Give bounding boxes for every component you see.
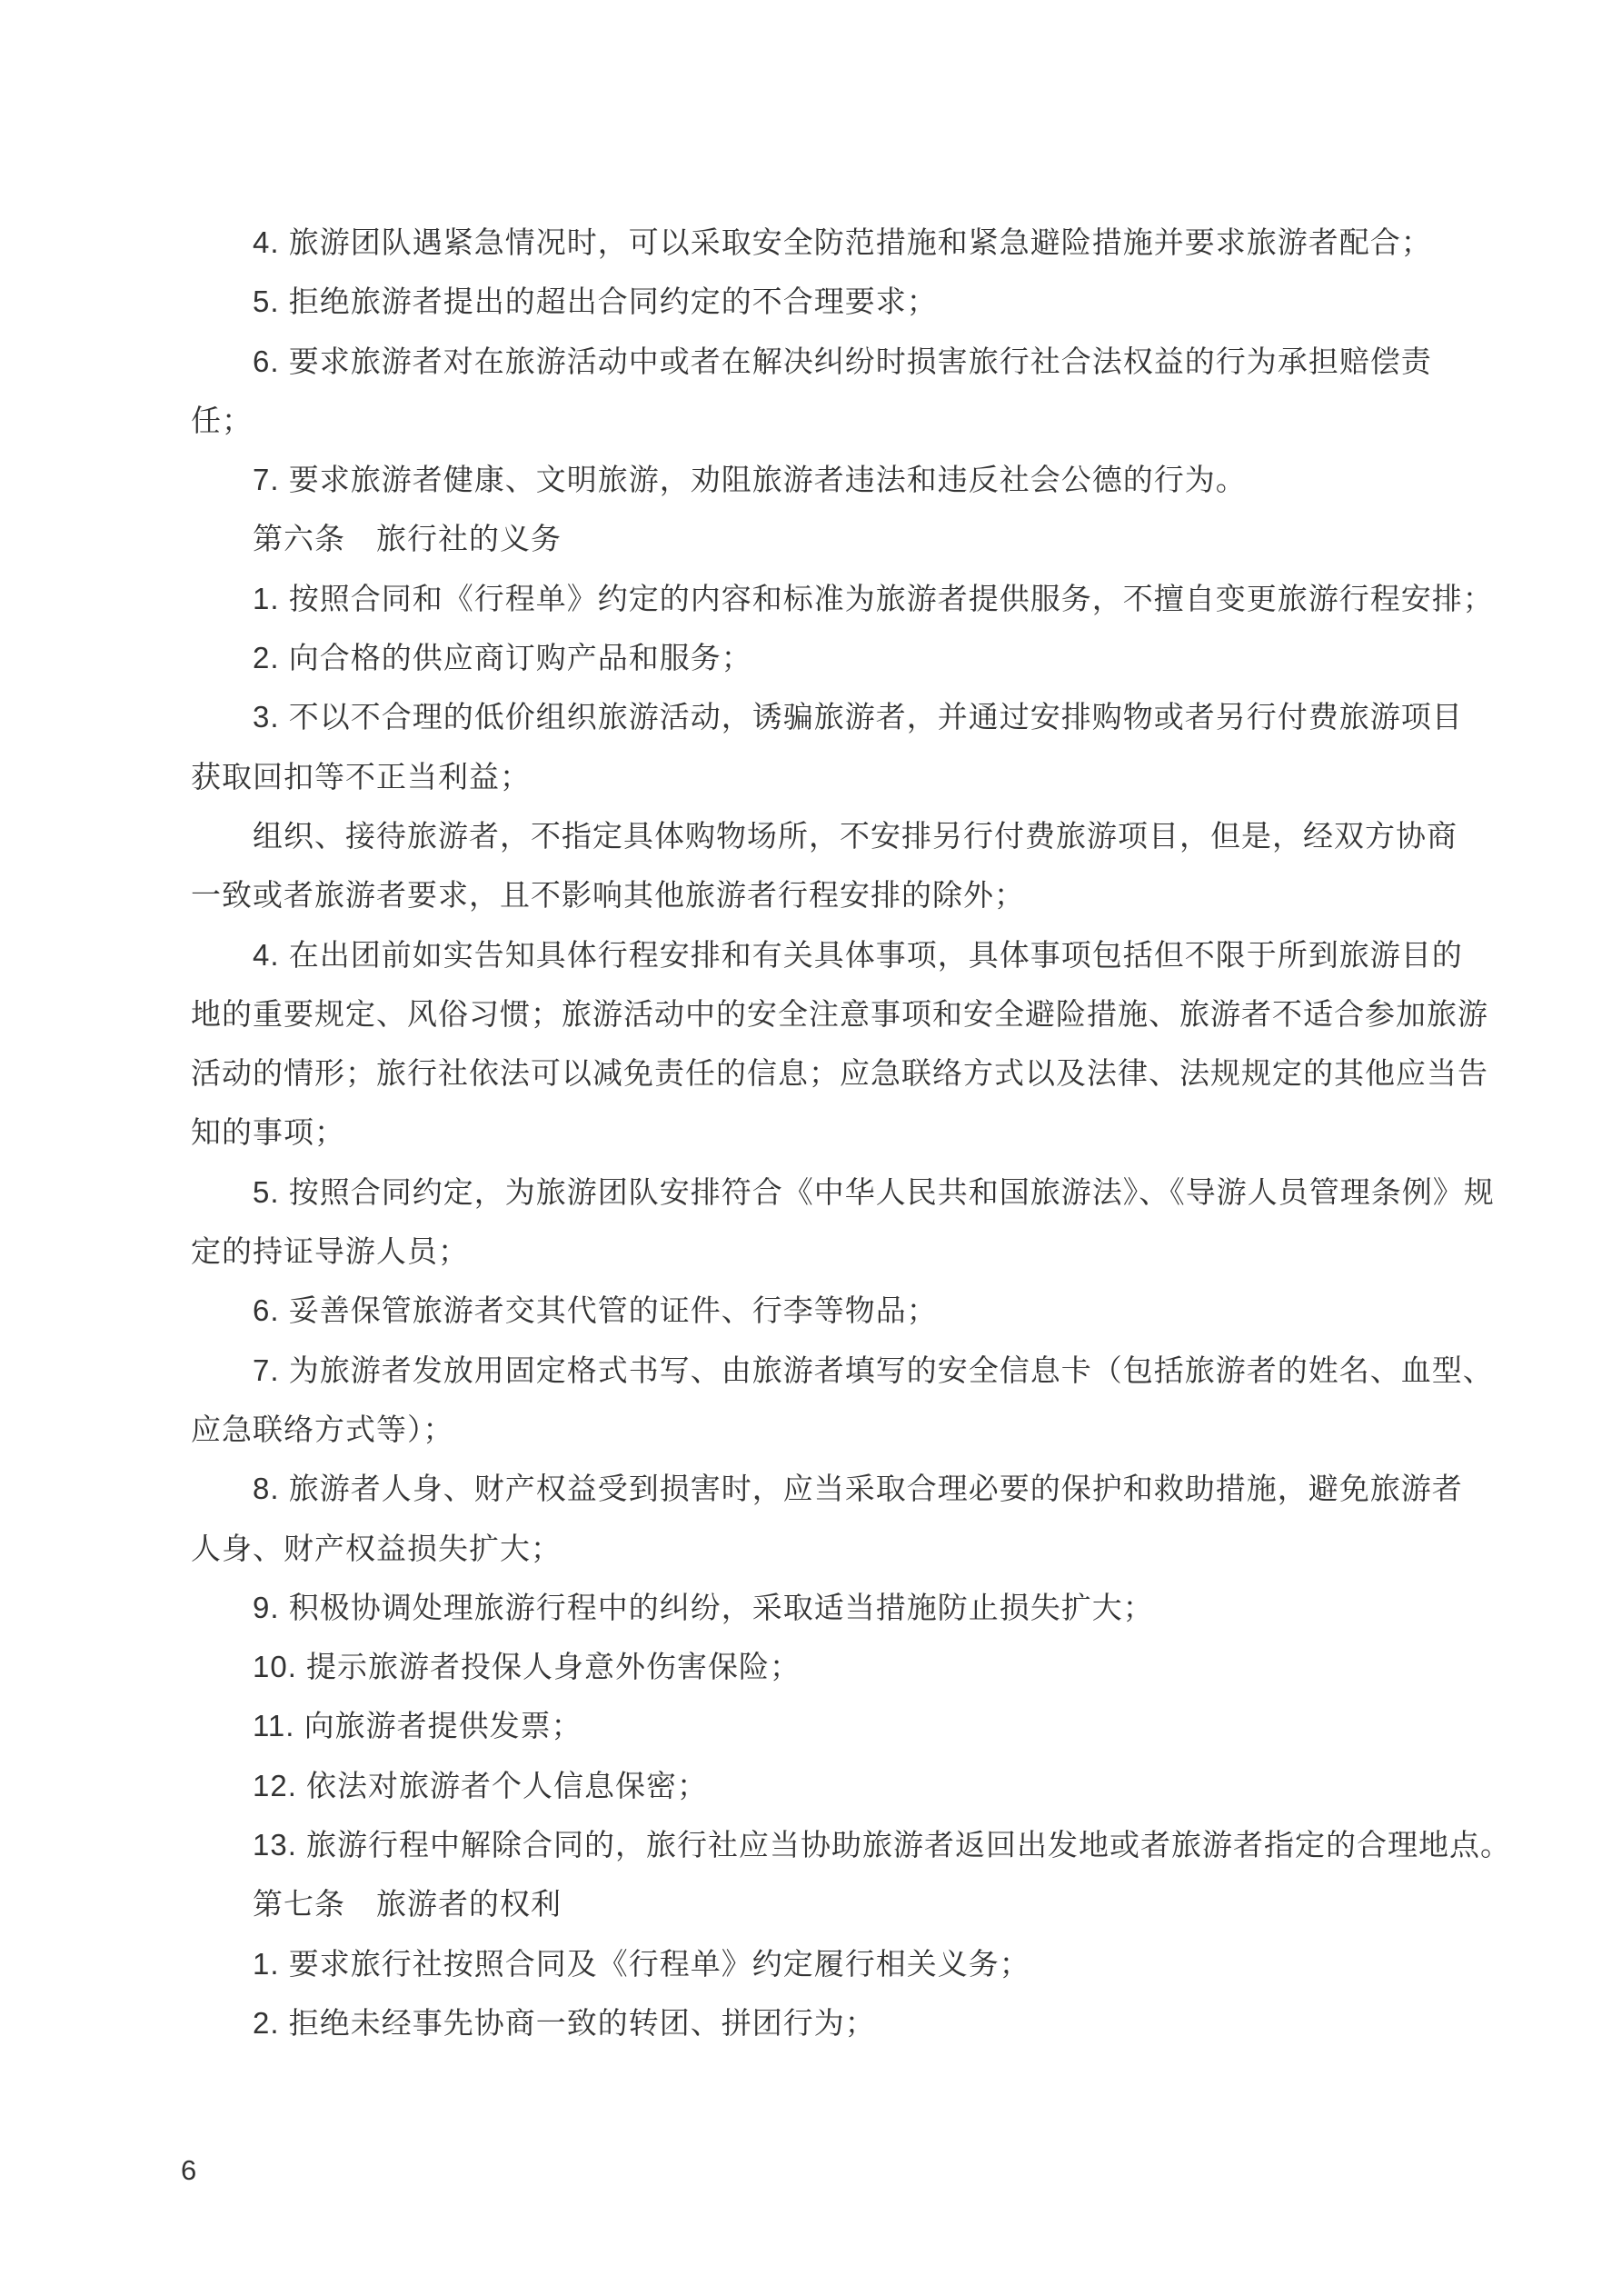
text-line: 4. 旅游团队遇紧急情况时，可以采取安全防范措施和紧急避险措施并要求旅游者配合； (191, 213, 1432, 272)
text-line: 2. 向合格的供应商订购产品和服务； (191, 628, 1432, 687)
text-line: 9. 积极协调处理旅游行程中的纠纷，采取适当措施防止损失扩大； (191, 1578, 1432, 1637)
text-line: 应急联络方式等）； (191, 1400, 1432, 1459)
text-line: 组织、接待旅游者，不指定具体购物场所，不安排另行付费旅游项目，但是，经双方协商 (191, 806, 1432, 865)
text-line: 7. 为旅游者发放用固定格式书写、由旅游者填写的安全信息卡（包括旅游者的姓名、血… (191, 1341, 1432, 1400)
text-line: 8. 旅游者人身、财产权益受到损害时，应当采取合理必要的保护和救助措施，避免旅游… (191, 1459, 1432, 1518)
text-line: 任； (191, 391, 1432, 450)
text-line: 12. 依法对旅游者个人信息保密； (191, 1756, 1432, 1815)
text-line: 定的持证导游人员； (191, 1222, 1432, 1281)
text-line: 10. 提示旅游者投保人身意外伤害保险； (191, 1637, 1432, 1696)
text-line: 1. 按照合同和《行程单》约定的内容和标准为旅游者提供服务，不擅自变更旅游行程安… (191, 569, 1432, 628)
text-line: 11. 向旅游者提供发票； (191, 1696, 1432, 1755)
text-line: 人身、财产权益损失扩大； (191, 1519, 1432, 1578)
text-line: 5. 拒绝旅游者提出的超出合同约定的不合理要求； (191, 272, 1432, 331)
text-line: 5. 按照合同约定，为旅游团队安排符合《中华人民共和国旅游法》、《导游人员管理条… (191, 1163, 1432, 1222)
text-line: 6. 妥善保管旅游者交其代管的证件、行李等物品； (191, 1281, 1432, 1340)
text-line: 2. 拒绝未经事先协商一致的转团、拼团行为； (191, 1993, 1432, 2052)
text-line: 7. 要求旅游者健康、文明旅游，劝阻旅游者违法和违反社会公德的行为。 (191, 450, 1432, 509)
text-line: 1. 要求旅行社按照合同及《行程单》约定履行相关义务； (191, 1934, 1432, 1993)
document-page: 4. 旅游团队遇紧急情况时，可以采取安全防范措施和紧急避险措施并要求旅游者配合；… (0, 0, 1622, 2296)
text-line: 13. 旅游行程中解除合同的，旅行社应当协助旅游者返回出发地或者旅游者指定的合理… (191, 1815, 1432, 1874)
text-line: 获取回扣等不正当利益； (191, 747, 1432, 806)
text-line: 一致或者旅游者要求，且不影响其他旅游者行程安排的除外； (191, 865, 1432, 924)
text-line: 活动的情形；旅行社依法可以减免责任的信息；应急联络方式以及法律、法规规定的其他应… (191, 1043, 1432, 1103)
text-line: 地的重要规定、风俗习惯；旅游活动中的安全注意事项和安全避险措施、旅游者不适合参加… (191, 984, 1432, 1043)
text-line: 4. 在出团前如实告知具体行程安排和有关具体事项，具体事项包括但不限于所到旅游目… (191, 925, 1432, 984)
text-line: 知的事项； (191, 1103, 1432, 1162)
text-line: 3. 不以不合理的低价组织旅游活动，诱骗旅游者，并通过安排购物或者另行付费旅游项… (191, 687, 1432, 746)
page-number: 6 (181, 2152, 196, 2189)
document-body: 4. 旅游团队遇紧急情况时，可以采取安全防范措施和紧急避险措施并要求旅游者配合；… (191, 213, 1432, 2052)
section-heading-line: 第七条 旅游者的权利 (191, 1874, 1432, 1933)
text-line: 6. 要求旅游者对在旅游活动中或者在解决纠纷时损害旅行社合法权益的行为承担赔偿责 (191, 332, 1432, 391)
section-heading-line: 第六条 旅行社的义务 (191, 509, 1432, 568)
